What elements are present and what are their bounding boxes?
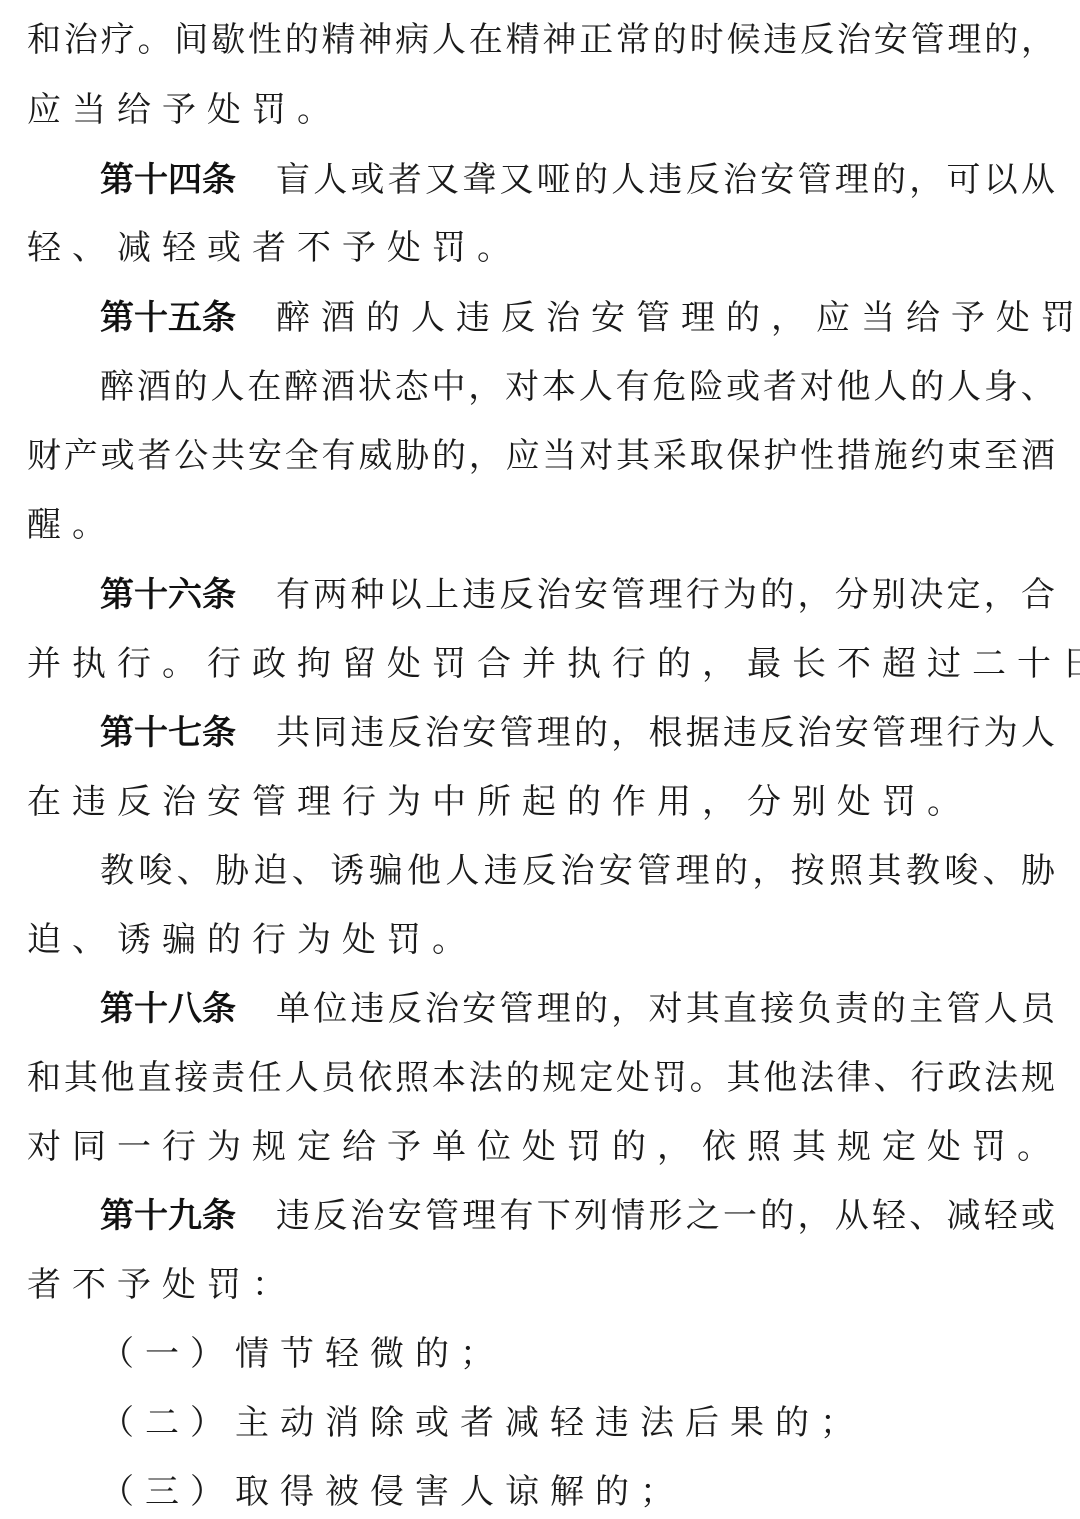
line-text: 违反治安管理有下列情形之一的，从轻、减轻或 — [276, 1186, 1055, 1246]
article-number: 第十九条 — [100, 1186, 236, 1246]
line-text: 轻、减轻或者不予处罚。 — [27, 228, 522, 268]
article-number: 第十五条 — [100, 298, 236, 338]
paragraph-line: 并执行。行政拘留处罚合并执行的，最长不超过二十日。 — [27, 634, 1055, 694]
line-text: 财产或者公共安全有威胁的，应当对其采取保护性措施约束至酒 — [27, 426, 1055, 486]
line-text: 和其他直接责任人员依照本法的规定处罚。其他法律、行政法规 — [27, 1048, 1055, 1108]
line-text: 共同违反治安管理的，根据违反治安管理行为人 — [276, 703, 1055, 763]
line-text: （二）主动消除或者减轻违法后果的； — [100, 1403, 865, 1443]
line-text: 有两种以上违反治安管理行为的，分别决定，合 — [276, 565, 1055, 625]
paragraph-line: 对同一行为规定给予单位处罚的，依照其规定处罚。 — [27, 1117, 1055, 1177]
line-text: 并执行。行政拘留处罚合并执行的，最长不超过二十日。 — [27, 644, 1080, 684]
line-text: 迫、诱骗的行为处罚。 — [27, 920, 477, 960]
line-text: 者不予处罚： — [27, 1265, 297, 1305]
paragraph-line: 教唆、胁迫、诱骗他人违反治安管理的，按照其教唆、胁 — [100, 841, 1055, 901]
paragraph-line: 轻、减轻或者不予处罚。 — [27, 218, 1055, 278]
paragraph-line: 应当给予处罚。 — [27, 80, 1055, 140]
article-number: 第十四条 — [100, 150, 236, 210]
line-text: （三）取得被侵害人谅解的； — [100, 1472, 685, 1512]
paragraph-line: 迫、诱骗的行为处罚。 — [27, 910, 1055, 970]
article-number: 第十六条 — [100, 565, 236, 625]
paragraph-line: 财产或者公共安全有威胁的，应当对其采取保护性措施约束至酒 — [27, 426, 1055, 486]
article-15-line: 第十五条醉酒的人违反治安管理的，应当给予处罚。 — [100, 288, 1055, 348]
line-text: 教唆、胁迫、诱骗他人违反治安管理的，按照其教唆、胁 — [100, 841, 1055, 901]
line-text: 和治疗。间歇性的精神病人在精神正常的时候违反治安管理的， — [27, 10, 1055, 70]
paragraph-line: 醒。 — [27, 495, 1055, 555]
article-19-line: 第十九条违反治安管理有下列情形之一的，从轻、减轻或 — [100, 1186, 1055, 1246]
article-number: 第十七条 — [100, 703, 236, 763]
line-text: 应当给予处罚。 — [27, 90, 342, 130]
article-14-line: 第十四条盲人或者又聋又哑的人违反治安管理的，可以从 — [100, 150, 1055, 210]
paragraph-line: 和治疗。间歇性的精神病人在精神正常的时候违反治安管理的， — [27, 10, 1055, 70]
list-item-1: （一）情节轻微的； — [100, 1324, 1055, 1384]
list-item-3: （三）取得被侵害人谅解的； — [100, 1462, 1055, 1519]
line-text: 单位违反治安管理的，对其直接负责的主管人员 — [276, 979, 1055, 1039]
line-text: 盲人或者又聋又哑的人违反治安管理的，可以从 — [276, 150, 1055, 210]
paragraph-line: 醉酒的人在醉酒状态中，对本人有危险或者对他人的人身、 — [100, 357, 1055, 417]
document-page: 和治疗。间歇性的精神病人在精神正常的时候违反治安管理的， 应当给予处罚。 第十四… — [0, 0, 1080, 1519]
paragraph-line: 者不予处罚： — [27, 1255, 1055, 1315]
line-text: 醒。 — [27, 505, 117, 545]
article-number: 第十八条 — [100, 979, 236, 1039]
list-item-2: （二）主动消除或者减轻违法后果的； — [100, 1393, 1055, 1453]
article-16-line: 第十六条有两种以上违反治安管理行为的，分别决定，合 — [100, 565, 1055, 625]
line-text: （一）情节轻微的； — [100, 1334, 505, 1374]
line-text: 在违反治安管理行为中所起的作用，分别处罚。 — [27, 782, 972, 822]
article-18-line: 第十八条单位违反治安管理的，对其直接负责的主管人员 — [100, 979, 1055, 1039]
line-text: 醉酒的人在醉酒状态中，对本人有危险或者对他人的人身、 — [100, 357, 1055, 417]
article-17-line: 第十七条共同违反治安管理的，根据违反治安管理行为人 — [100, 703, 1055, 763]
paragraph-line: 和其他直接责任人员依照本法的规定处罚。其他法律、行政法规 — [27, 1048, 1055, 1108]
line-text: 醉酒的人违反治安管理的，应当给予处罚。 — [276, 298, 1080, 338]
paragraph-line: 在违反治安管理行为中所起的作用，分别处罚。 — [27, 772, 1055, 832]
line-text: 对同一行为规定给予单位处罚的，依照其规定处罚。 — [27, 1127, 1062, 1167]
